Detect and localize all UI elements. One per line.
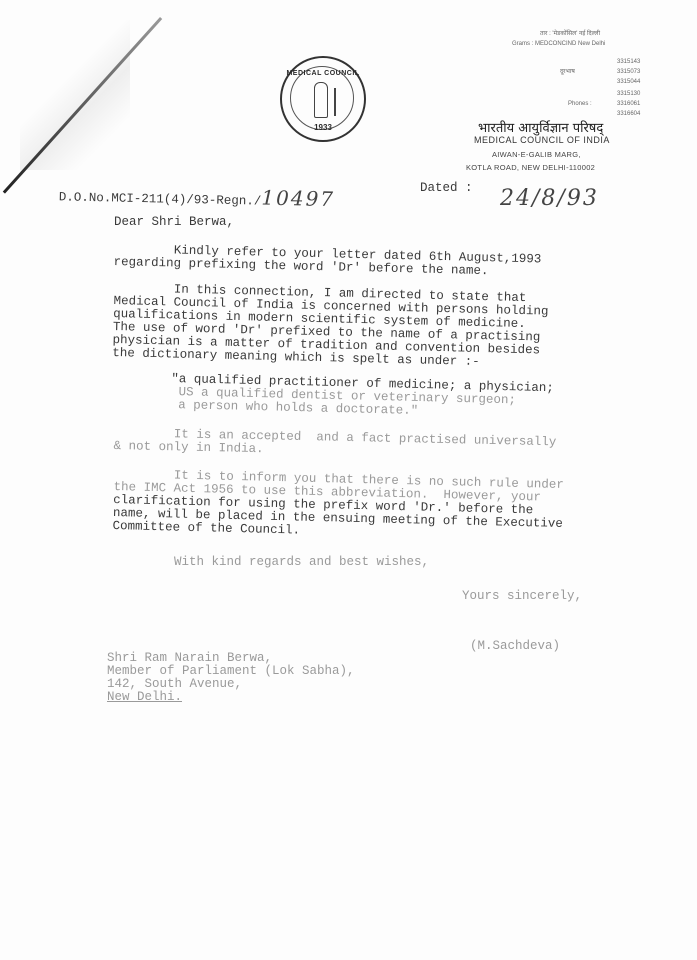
recipient-address: Shri Ram Narain Berwa, Member of Parliam…	[107, 652, 355, 704]
phone-1: 3315143	[617, 58, 640, 67]
phone-label-hindi: दूरभाष	[560, 68, 575, 77]
handwritten-ref-number: 10497	[261, 186, 335, 212]
paragraph-4: It is an accepted and a fact practised u…	[113, 427, 556, 462]
handwritten-date: 24/8/93	[500, 186, 599, 211]
council-name: MEDICAL COUNCIL OF INDIA	[474, 135, 610, 145]
seal-figure-icon	[314, 82, 328, 118]
phone-2: 3315073	[617, 68, 640, 77]
reference-number: D.O.No.MCI-211(4)/93-Regn./10497	[44, 174, 336, 210]
phone-3: 3315044	[617, 78, 640, 87]
council-name-hindi: भारतीय आयुर्विज्ञान परिषद्	[478, 118, 603, 136]
recipient-city: New Delhi.	[107, 691, 355, 704]
reference-text: D.O.No.MCI-211(4)/93-Regn./	[59, 190, 262, 208]
dictionary-quote: "a qualified practitioner of medicine; a…	[133, 372, 554, 421]
telegram-hindi: तार : 'मेडकोंसिल' नई दिल्ली	[540, 30, 600, 39]
seal-staff-icon	[334, 88, 336, 116]
phone-4: 3315130	[617, 90, 640, 99]
date-label: Dated :	[420, 182, 473, 195]
council-seal: MEDICAL COUNCIL 1933	[280, 56, 366, 142]
paragraph-5: It is to inform you that there is no suc…	[112, 468, 564, 544]
salutation: Dear Shri Berwa,	[114, 216, 234, 229]
seal-year: 1933	[282, 123, 364, 132]
paragraph-1: Kindly refer to your letter dated 6th Au…	[113, 243, 541, 279]
signatory: (M.Sachdeva)	[470, 640, 560, 653]
grams-line: Grams : MEDCONCIND New Delhi	[512, 40, 605, 49]
address-line-1: AIWAN-E-GALIB MARG,	[492, 150, 581, 159]
regards-line: With kind regards and best wishes,	[114, 556, 429, 569]
paragraph-2: In this connection, I am directed to sta…	[112, 282, 549, 371]
scan-shadow	[20, 20, 130, 170]
phone-label: Phones :	[568, 100, 592, 109]
closing: Yours sincerely,	[462, 590, 582, 603]
seal-top-text: MEDICAL COUNCIL	[282, 70, 364, 77]
phone-5: 3316061	[617, 100, 640, 109]
phone-6: 3316604	[617, 110, 640, 119]
address-line-2: KOTLA ROAD, NEW DELHI-110002	[466, 163, 595, 172]
